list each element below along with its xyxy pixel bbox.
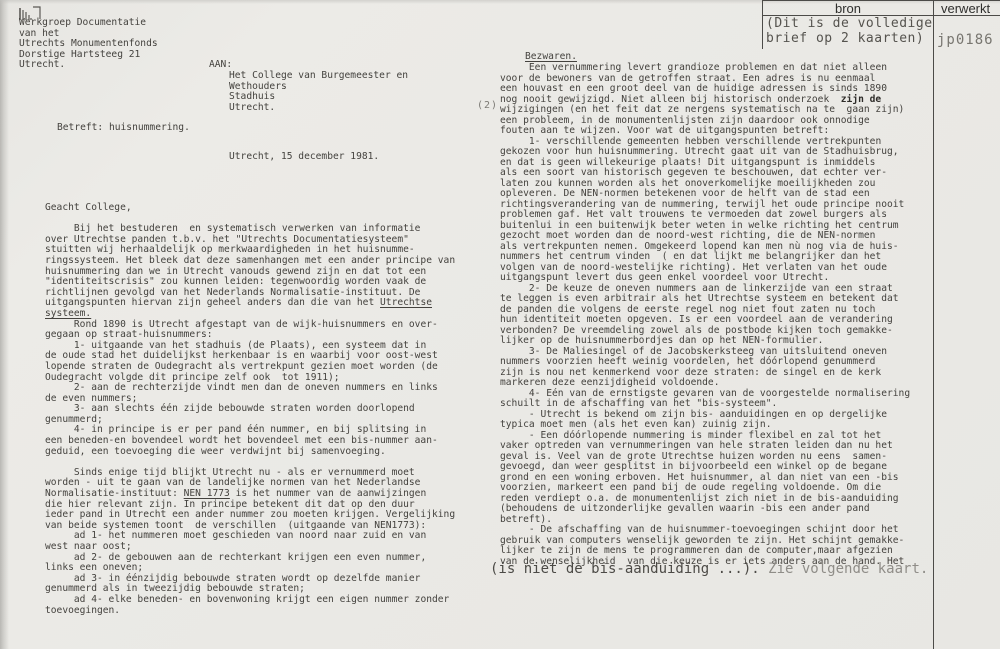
verwerkt-column-header: verwerkt xyxy=(941,1,990,16)
right-body-emphasis: zijn de xyxy=(841,94,881,105)
bron-column-header: bron xyxy=(763,1,933,16)
right-body-text-1: Een vernummering levert grandioze proble… xyxy=(500,62,887,105)
left-body-text-2: Rond 1890 is Utrecht afgestapt van de wi… xyxy=(45,319,438,500)
handwritten-margin-note: (2) xyxy=(477,100,498,111)
left-body-text-3: is het nummer van de aanwijzingen die hi… xyxy=(45,488,455,616)
closing-note-part1: (is niet de bis-aanduiding ...). xyxy=(490,561,768,577)
scan-edge-artifact xyxy=(0,0,9,649)
aan-label: AAN: xyxy=(209,60,232,71)
subject-line: Betreft: huisnummering. xyxy=(57,123,190,134)
bezwaren-heading: Bezwaren. xyxy=(525,52,577,63)
scanned-letter-card: bron verwerkt (Dit is de volledige brief… xyxy=(0,0,1000,649)
date-line: Utrecht, 15 december 1981. xyxy=(229,152,379,163)
left-body-text-1: Geacht College, Bij het bestuderen en sy… xyxy=(45,202,455,308)
recipient-address-block: Het College van Burgemeester en Wethoude… xyxy=(229,71,459,113)
bron-cell-note: (Dit is de volledige brief op 2 kaarten) xyxy=(766,17,933,46)
letter-body-left-column: Geacht College, Bij het bestuderen en sy… xyxy=(45,203,470,616)
closing-note-part2: Zie volgende kaart. xyxy=(768,561,928,577)
verwerkt-cell-value: jp0186 xyxy=(937,32,994,48)
letter-body-right-column: Een vernummering levert grandioze proble… xyxy=(500,63,936,567)
right-body-text-2: wijzigingen (en het feit dat ze nergens … xyxy=(500,104,910,567)
left-body-underlined-nen1773: NEN 1773 xyxy=(184,488,230,499)
sender-address-block: Werkgroep Documentatie van het Utrechts … xyxy=(19,18,239,71)
closing-handwritten-note: (is niet de bis-aanduiding ...). Zie vol… xyxy=(490,561,928,577)
